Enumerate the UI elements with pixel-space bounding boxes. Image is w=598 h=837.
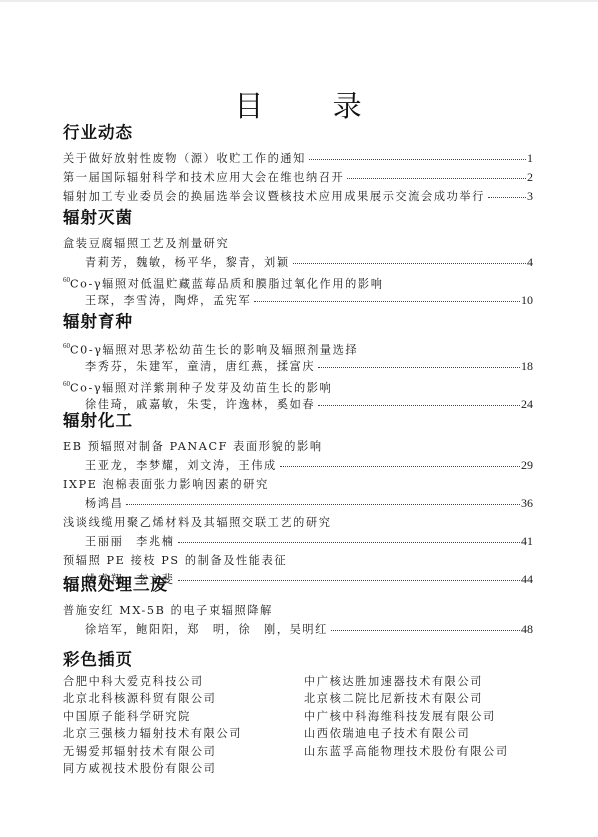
entry-title-text: C0-γ辐照对思茅松幼苗生长的影响及辐照剂量选择 bbox=[70, 344, 358, 357]
toc-entry[interactable]: 关于做好放射性废物（源）收贮工作的通知 1 bbox=[63, 149, 533, 168]
plate-company: 中国原子能科学研究院 bbox=[63, 708, 304, 725]
plate-company: 北京核二院比尼新技术有限公司 bbox=[304, 690, 533, 707]
dot-leader bbox=[488, 196, 526, 198]
entry-title[interactable]: 60Co-γ辐照对洋紫荆种子发芽及幼苗生长的影响 bbox=[63, 376, 533, 395]
entry-title: 关于做好放射性废物（源）收贮工作的通知 bbox=[63, 149, 306, 168]
section-heading: 辐射育种 bbox=[63, 311, 533, 333]
page-number: 41 bbox=[521, 532, 533, 551]
plate-company: 无锡爱邦辐射技术有限公司 bbox=[63, 743, 304, 760]
entry-title[interactable]: 60C0-γ辐照对思茅松幼苗生长的影响及辐照剂量选择 bbox=[63, 338, 533, 357]
entry-authors: 徐培军，鲍阳阳，郑 明，徐 刚，吴明红 bbox=[63, 620, 328, 639]
page-number: 18 bbox=[521, 357, 533, 376]
entry-title: 辐射加工专业委员会的换届选举会议暨核技术应用成果展示交流会成功举行 bbox=[63, 187, 485, 206]
dot-leader bbox=[309, 158, 526, 160]
section-radiation-chemical-engineering: 辐射化工 EB 预辐照对制备 PANACF 表面形貌的影响 王亚龙，李梦耀，刘文… bbox=[63, 410, 533, 589]
toc-entry-authors[interactable]: 王亚龙，李梦耀，刘文涛，王伟成 29 bbox=[63, 456, 533, 475]
section-color-plates: 彩色插页 合肥中科大爱克科技公司 中广核达胜加速器技术有限公司 北京北科核源科贸… bbox=[63, 649, 533, 777]
plate-company: 中广核达胜加速器技术有限公司 bbox=[304, 673, 533, 690]
toc-entry-authors[interactable]: 徐培军，鲍阳阳，郑 明，徐 刚，吴明红 48 bbox=[63, 620, 533, 639]
section-heading: 辐射灭菌 bbox=[63, 207, 533, 229]
page-title: 目 录 bbox=[63, 89, 533, 123]
dot-leader bbox=[126, 503, 520, 505]
plate-company: 中广核中科海维科技发展有限公司 bbox=[304, 708, 533, 725]
entry-title[interactable]: IXPE 泡棉表面张力影响因素的研究 bbox=[63, 475, 533, 494]
isotope-superscript: 60 bbox=[63, 380, 70, 388]
dot-leader bbox=[318, 404, 520, 406]
dot-leader bbox=[178, 541, 520, 543]
section-radiation-sterilization: 辐射灭菌 盒装豆腐辐照工艺及剂量研究 青莉芳，魏敏，杨平华，黎青，刘颖 4 60… bbox=[63, 207, 533, 310]
entry-title[interactable]: 60Co-γ辐照对低温贮藏蓝莓品质和膜脂过氧化作用的影响 bbox=[63, 272, 533, 291]
entry-title-text: Co-γ辐照对低温贮藏蓝莓品质和膜脂过氧化作用的影响 bbox=[70, 278, 384, 291]
dot-leader bbox=[293, 262, 526, 264]
entry-authors: 杨鸿昌 bbox=[63, 494, 123, 513]
dot-leader bbox=[347, 177, 526, 179]
page-number: 4 bbox=[527, 253, 533, 272]
page-number: 3 bbox=[527, 187, 533, 206]
entry-title[interactable]: EB 预辐照对制备 PANACF 表面形貌的影响 bbox=[63, 437, 533, 456]
isotope-superscript: 60 bbox=[63, 276, 70, 284]
entry-title[interactable]: 浅谈线缆用聚乙烯材料及其辐照交联工艺的研究 bbox=[63, 513, 533, 532]
toc-entry[interactable]: 辐射加工专业委员会的换届选举会议暨核技术应用成果展示交流会成功举行 3 bbox=[63, 187, 533, 206]
entry-title[interactable]: 普施安红 MX-5B 的电子束辐照降解 bbox=[63, 601, 533, 620]
dot-leader bbox=[318, 366, 520, 368]
plate-company: 合肥中科大爱克科技公司 bbox=[63, 673, 304, 690]
dot-leader bbox=[331, 629, 520, 631]
entry-title-text: IXPE 泡棉表面张力影响因素的研究 bbox=[63, 478, 269, 491]
plate-company: 北京北科核源科贸有限公司 bbox=[63, 690, 304, 707]
plate-company: 同方威视技术股份有限公司 bbox=[63, 760, 304, 777]
entry-authors: 青莉芳，魏敏，杨平华，黎青，刘颖 bbox=[63, 253, 290, 272]
toc-entry-authors[interactable]: 王丽丽 李兆楠 41 bbox=[63, 532, 533, 551]
page-number: 36 bbox=[521, 494, 533, 513]
entry-title-text: 普施安红 MX-5B 的电子束辐照降解 bbox=[63, 604, 273, 617]
entry-title-text: 预辐照 PE 接枝 PS 的制备及性能表征 bbox=[63, 554, 287, 567]
isotope-superscript: 60 bbox=[63, 342, 70, 350]
page-number: 29 bbox=[521, 456, 533, 475]
page-number: 2 bbox=[527, 168, 533, 187]
section-heading: 彩色插页 bbox=[63, 649, 533, 671]
entry-authors: 李秀芬，朱建军，童清，唐红燕，揉富庆 bbox=[63, 357, 315, 376]
page-number: 1 bbox=[527, 149, 533, 168]
plate-company: 山西依瑞迪电子技术有限公司 bbox=[304, 725, 533, 742]
entry-title: 第一届国际辐射科学和技术应用大会在维也纳召开 bbox=[63, 168, 344, 187]
entry-title[interactable]: 预辐照 PE 接枝 PS 的制备及性能表征 bbox=[63, 551, 533, 570]
toc-entry-authors[interactable]: 王琛，李雪涛，陶烨，孟宪军 10 bbox=[63, 291, 533, 310]
section-irradiation-waste-treatment: 辐照处理三废 普施安红 MX-5B 的电子束辐照降解 徐培军，鲍阳阳，郑 明，徐… bbox=[63, 574, 533, 639]
entry-title-text: Co-γ辐照对洋紫荆种子发芽及幼苗生长的影响 bbox=[70, 382, 332, 395]
toc-entry-authors[interactable]: 杨鸿昌 36 bbox=[63, 494, 533, 513]
dot-leader bbox=[254, 300, 520, 302]
dot-leader bbox=[280, 465, 520, 467]
page-number: 10 bbox=[521, 291, 533, 310]
toc-entry-authors[interactable]: 李秀芬，朱建军，童清，唐红燕，揉富庆 18 bbox=[63, 357, 533, 376]
entry-authors: 王琛，李雪涛，陶烨，孟宪军 bbox=[63, 291, 251, 310]
toc-entry-authors[interactable]: 青莉芳，魏敏，杨平华，黎青，刘颖 4 bbox=[63, 253, 533, 272]
page-top-edge bbox=[0, 0, 598, 2]
section-heading: 行业动态 bbox=[63, 122, 533, 144]
section-heading: 辐照处理三废 bbox=[63, 574, 533, 596]
section-radiation-breeding: 辐射育种 60C0-γ辐照对思茅松幼苗生长的影响及辐照剂量选择 李秀芬，朱建军，… bbox=[63, 311, 533, 414]
entry-title-text: 浅谈线缆用聚乙烯材料及其辐照交联工艺的研究 bbox=[63, 516, 332, 529]
section-heading: 辐射化工 bbox=[63, 410, 533, 432]
toc-entry[interactable]: 第一届国际辐射科学和技术应用大会在维也纳召开 2 bbox=[63, 168, 533, 187]
entry-authors: 王丽丽 李兆楠 bbox=[63, 532, 175, 551]
plate-company: 北京三强核力辐射技术有限公司 bbox=[63, 725, 304, 742]
plate-company-empty bbox=[304, 760, 533, 777]
entry-title[interactable]: 盒装豆腐辐照工艺及剂量研究 bbox=[63, 234, 533, 253]
page-number: 48 bbox=[521, 620, 533, 639]
entry-authors: 王亚龙，李梦耀，刘文涛，王伟成 bbox=[63, 456, 277, 475]
section-industry-news: 行业动态 关于做好放射性废物（源）收贮工作的通知 1 第一届国际辐射科学和技术应… bbox=[63, 122, 533, 206]
color-plates-grid: 合肥中科大爱克科技公司 中广核达胜加速器技术有限公司 北京北科核源科贸有限公司 … bbox=[63, 673, 533, 777]
entry-title-text: EB 预辐照对制备 PANACF 表面形貌的影响 bbox=[63, 440, 323, 453]
plate-company: 山东蓝孚高能物理技术股份有限公司 bbox=[304, 743, 533, 760]
